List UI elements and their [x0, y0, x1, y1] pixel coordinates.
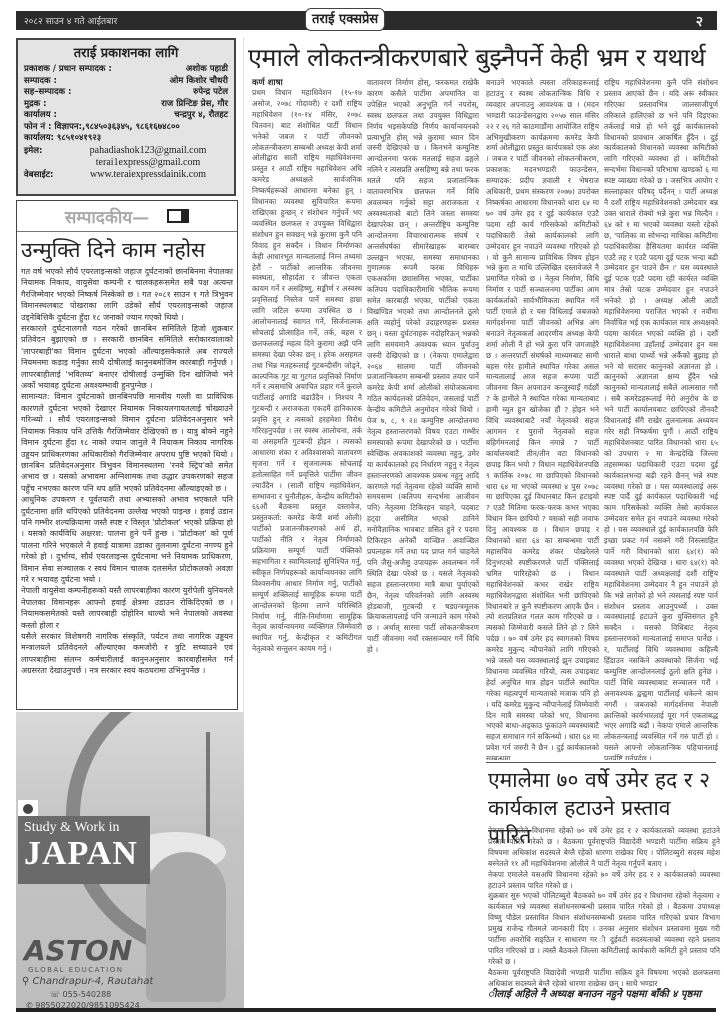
main-headline: एमाले लोकतन्त्रीकरणबारे बुझ्नैपर्ने केही…	[248, 40, 718, 74]
imprint-office-phone: कार्यालय: ९८५१०४१९२३	[24, 133, 228, 145]
imprint-value: रुपेन्द्र पटेल	[193, 87, 228, 99]
ad-address-text: Chandrapur-4, Rautahat	[33, 976, 154, 987]
article-author: कर्ण शाषा	[252, 77, 283, 88]
article-text: वातावरण निर्माण होस्, फरकमत राखेकै कारण …	[367, 78, 479, 656]
imprint-label: मुद्रक :	[24, 99, 46, 111]
location-pin-icon: ⚲	[22, 976, 33, 987]
ad-mobile: ✆ 9855022020/9851095424	[26, 1001, 140, 1008]
editorial-section-label: सम्पादकीय—	[65, 205, 149, 228]
mobile-icon: ✆	[26, 1001, 35, 1008]
bottom-rule	[16, 1008, 716, 1012]
article-text: शुक्रबार सुरु भएको पोलिटब्युरो बैठकको ७०…	[488, 891, 720, 967]
continued-note: ीलाई अहिले नै अध्यक्ष बनाउन नहुने पक्षमा…	[488, 990, 720, 1001]
editorial-title: उन्मुक्ति दिने काम नहोस	[17, 232, 237, 266]
ad-tagline: Study & Work in	[18, 816, 150, 836]
email-label: इमेल:	[24, 145, 68, 169]
aston-logo: ASTON	[24, 934, 132, 967]
article-text: नेकपा एमालेले यसअघि विधानमा रहेको ७० वर्…	[488, 870, 720, 892]
website-label: वेबसाईट:	[24, 169, 68, 181]
imprint-phone: फोन नं : विज्ञापन:,९८४५०३६३४५, ९८६१६७४८०…	[24, 122, 228, 134]
ad-mobile-text: 9855022020/9851095424	[35, 1001, 140, 1008]
editorial-paragraph: यसैले सरकार विशेषगरी नागरिक संस्कृति, पर…	[21, 631, 233, 677]
imprint-label: सह–सम्पादक :	[24, 87, 71, 99]
imprint-label: सम्पादक :	[24, 76, 57, 88]
aston-logo-subtitle: GLOBAL EDUCATION	[28, 966, 123, 974]
imprint-row-printer: मुद्रक : राज प्रिन्टिङ प्रेस, गौर	[24, 99, 228, 111]
newspaper-brand: तराई एक्सप्रेस	[305, 8, 385, 31]
imprint-value: राज प्रिन्टिङ प्रेस, गौर	[161, 99, 228, 111]
ad-phone: ☏ 055-540288	[50, 990, 111, 999]
article-divider	[486, 762, 716, 763]
editorial-header: सम्पादकीय—	[17, 201, 237, 232]
imprint-label: कार्यालय :	[24, 110, 57, 122]
imprint-website-row: वेबसाईट: www.teraiexpressdainik.com	[24, 169, 228, 181]
imprint-value: अशोक पहाडी	[186, 64, 228, 76]
ad-banner: Study & Work in JAPAN	[18, 816, 150, 884]
student-image	[146, 852, 226, 1002]
column-divider	[243, 38, 244, 718]
imprint-row-office: कार्यालय : चन्द्रपुर ४, रौतहट	[24, 110, 228, 122]
imprint-value: चन्द्रपुर ४, रौतहट	[174, 110, 228, 122]
ad-address: ⚲ Chandrapur-4, Rautahat	[22, 976, 153, 987]
imprint-email-row: इमेल: pahadiashok123@gmail.com terai1exp…	[24, 145, 228, 169]
imprint-label: प्रकाशक / प्रधान सम्पादक :	[24, 64, 112, 76]
imprint-row-editor: सम्पादक : ओम किशोर चौधरी	[24, 76, 228, 88]
article-text: बनाउने भएकाले त्यस्ता तरिकाहरूलाई हटाउनु…	[486, 78, 599, 760]
ad-phone-text: 055-540288	[63, 990, 112, 999]
issue-date: २०८२ साउन ४ गते आईतबार	[24, 14, 117, 27]
page-number: २	[696, 12, 703, 31]
email-link-1[interactable]: pahadiashok123@gmail.com	[68, 145, 228, 157]
imprint-title: तराई प्रकाशनका लागि	[24, 43, 228, 61]
editorial-body: गत वर्ष भएको सौर्य एयरलाइन्सको जहाज दुर्…	[17, 266, 237, 677]
article-text: राष्ट्रिय महाधिवेशनमा कुनै पनि संशोधन प्…	[604, 78, 718, 760]
article-text: प्रथम विधान महाधिवेशन (१५-१७ असोज, २०७८ …	[252, 88, 362, 655]
continued-page-link[interactable]: बाँकी ४ पृष्ठमा	[650, 989, 701, 1000]
editorial-paragraph: आधुनिक उपकरण र पूर्वतयारी तथा अभ्यासको अ…	[21, 494, 233, 585]
email-link-2[interactable]: terai1express@gmail.com	[68, 157, 228, 169]
pen-icon	[167, 209, 189, 223]
imprint-value: ओम किशोर चौधरी	[170, 76, 228, 88]
ad-country: JAPAN	[18, 836, 150, 872]
editorial-paragraph: गत वर्ष भएको सौर्य एयरलाइन्सको जहाज दुर्…	[21, 266, 233, 323]
imprint-box: तराई प्रकाशनका लागि प्रकाशक / प्रधान सम्…	[16, 38, 236, 196]
article-column-2: वातावरण निर्माण होस्, फरकमत राखेकै कारण …	[367, 78, 479, 1004]
editorial-paragraph: सरकारले दुर्घटनालगत्तै गठन गरेको छानबिन …	[21, 323, 233, 391]
phone-icon: ☏	[50, 990, 63, 999]
website-link[interactable]: www.teraiexpressdainik.com	[68, 169, 228, 181]
second-article-body: नेकपा एमालेले विधानमा रहेको ७० वर्षे उमे…	[488, 826, 720, 1001]
article-column-3: बनाउने भएकाले त्यस्ता तरिकाहरूलाई हटाउनु…	[486, 78, 599, 760]
imprint-row-publisher: प्रकाशक / प्रधान सम्पादक : अशोक पहाडी	[24, 64, 228, 76]
editorial-box: सम्पादकीय— उन्मुक्ति दिने काम नहोस गत वर…	[16, 200, 238, 710]
article-text: बैठकमा पूर्वराष्ट्रपति विद्यादेवी भण्डार…	[488, 968, 720, 990]
imprint-row-co-editor: सह–सम्पादक : रुपेन्द्र पटेल	[24, 87, 228, 99]
article-column-4: राष्ट्रिय महाधिवेशनमा कुनै पनि संशोधन प्…	[604, 78, 718, 760]
continued-text: ीलाई अहिले नै अध्यक्ष बनाउन नहुने पक्षमा	[488, 989, 647, 1000]
article-text: नेकपा एमालेले विधानमा रहेको ७० वर्षे उमे…	[488, 826, 720, 870]
article-column-1: प्रथम विधान महाधिवेशन (१५-१७ असोज, २०७८ …	[252, 88, 362, 1004]
editorial-paragraph: सामान्यत: विमान दुर्घटनाको छानबिनपछि मान…	[21, 391, 233, 494]
editorial-paragraph: नेपाली वायुसेवा कम्पनीहरूको यस्तै लापरबा…	[21, 585, 233, 631]
japan-study-advertisement[interactable]: Study & Work in JAPAN ASTON GLOBAL EDUCA…	[16, 712, 244, 1008]
